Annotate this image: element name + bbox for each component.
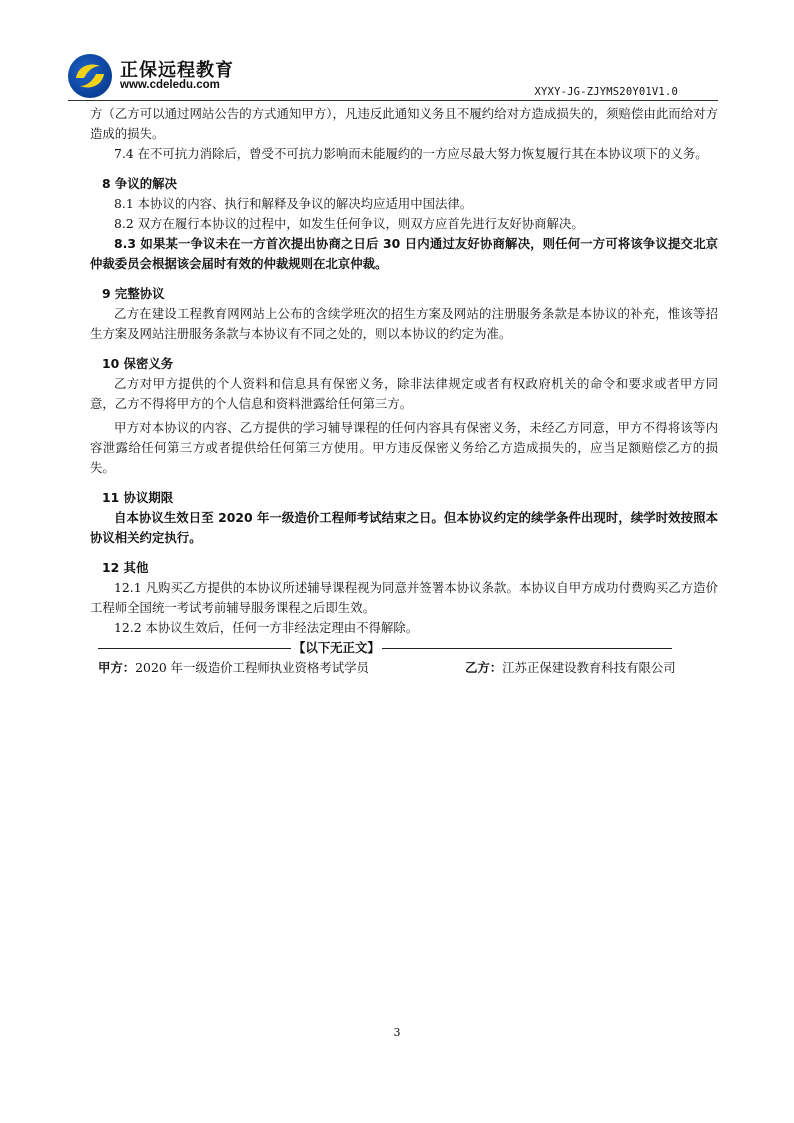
party-a-value: 2020 年一级造价工程师执业资格考试学员 [135, 660, 369, 675]
section-12-heading: 12 其他 [90, 558, 718, 578]
section-10-paragraph-1: 乙方对甲方提供的个人资料和信息具有保密义务，除非法律规定或者有权政府机关的命令和… [90, 374, 718, 414]
logo-url: www.cdeledu.com [120, 79, 220, 91]
party-a-label: 甲方： [98, 660, 135, 675]
clause-8-1: 8.1 本协议的内容、执行和解释及争议的解决均应适用中国法律。 [90, 194, 718, 214]
clause-12-2: 12.2 本协议生效后，任何一方非经法定理由不得解除。 [90, 618, 718, 638]
clause-8-3: 8.3 如果某一争议未在一方首次提出协商之日后 30 日内通过友好协商解决，则任… [90, 234, 718, 274]
party-b-label: 乙方： [465, 660, 502, 675]
separator-dash-left [98, 648, 291, 649]
end-of-text-separator: 【以下无正文】 [90, 638, 718, 658]
page-header: 正保远程教育 www.cdeledu.com XYXY-JG-ZJYMS20Y0… [68, 52, 718, 102]
separator-dash-right [382, 648, 672, 649]
clause-8-2: 8.2 双方在履行本协议的过程中，如发生任何争议，则双方应首先进行友好协商解决。 [90, 214, 718, 234]
section-10-heading: 10 保密义务 [90, 354, 718, 374]
party-b: 乙方：江苏正保建设教育科技有限公司 [465, 658, 676, 678]
section-10-paragraph-2: 甲方对本协议的内容、乙方提供的学习辅导课程的任何内容具有保密义务，未经乙方同意，… [90, 418, 718, 478]
section-8-heading: 8 争议的解决 [90, 174, 718, 194]
clause-7-4: 7.4 在不可抗力消除后，曾受不可抗力影响而未能履约的一方应尽最大努力恢复履行其… [90, 144, 718, 164]
section-11-paragraph: 自本协议生效日至 2020 年一级造价工程师考试结束之日。但本协议约定的续学条件… [90, 508, 718, 548]
section-11-heading: 11 协议期限 [90, 488, 718, 508]
section-9-heading: 9 完整协议 [90, 284, 718, 304]
section-9-paragraph: 乙方在建设工程教育网网站上公布的含续学班次的招生方案及网站的注册服务条款是本协议… [90, 304, 718, 344]
document-code: XYXY-JG-ZJYMS20Y01V1.0 [535, 86, 678, 98]
logo-icon [68, 54, 112, 98]
header-divider [68, 100, 718, 101]
clause-12-1: 12.1 凡购买乙方提供的本协议所述辅导课程视为同意并签署本协议条款。本协议自甲… [90, 578, 718, 618]
page-number: 3 [0, 1026, 794, 1039]
end-of-text-marker: 【以下无正文】 [291, 638, 382, 658]
section-7-continued-paragraph: 方（乙方可以通过网站公告的方式通知甲方），凡违反此通知义务且不履约给对方造成损失… [90, 104, 718, 144]
document-body: 方（乙方可以通过网站公告的方式通知甲方），凡违反此通知义务且不履约给对方造成损失… [90, 104, 718, 678]
signature-block: 甲方：2020 年一级造价工程师执业资格考试学员 乙方：江苏正保建设教育科技有限… [90, 658, 718, 678]
party-b-value: 江苏正保建设教育科技有限公司 [502, 660, 675, 675]
party-a: 甲方：2020 年一级造价工程师执业资格考试学员 [98, 658, 465, 678]
